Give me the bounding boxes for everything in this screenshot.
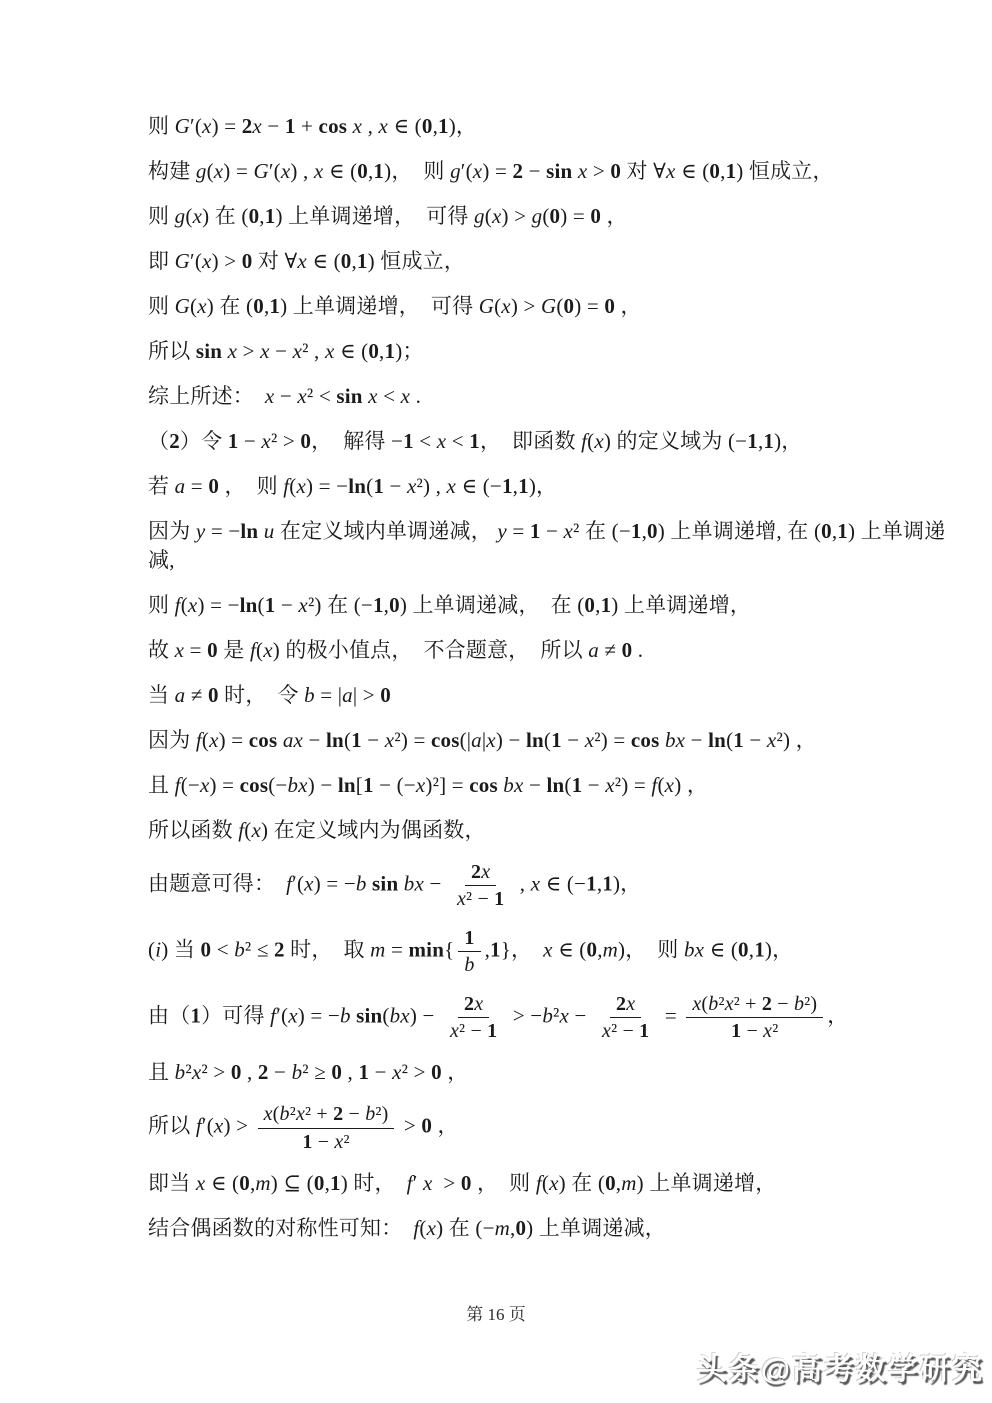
- solution-line-14: 因为 f(x) = cos ax − ln(1 − x²) = cos(|a|x…: [148, 726, 952, 755]
- solution-line-9: 若 a = 0 ， 则 f(x) = −ln(1 − x²) , x ∈ (−1…: [148, 472, 952, 501]
- solution-line-19: 由（1）可得 f′(x) = −b sin(bx) − 2xx² − 1 > −…: [148, 993, 952, 1043]
- solution-line-4: 即 G′(x) > 0 对 ∀x ∈ (0,1) 恒成立，: [148, 247, 952, 276]
- solution-line-16: 所以函数 f(x) 在定义域内为偶函数，: [148, 816, 952, 845]
- fraction: 1b: [458, 927, 480, 977]
- page-number: 第 16 页: [0, 1300, 992, 1325]
- document-page: 则 G′(x) = 2x − 1 + cos x , x ∈ (0,1)，构建 …: [0, 0, 992, 1403]
- solution-line-1: 则 G′(x) = 2x − 1 + cos x , x ∈ (0,1)，: [148, 112, 952, 141]
- solution-line-17: 由题意可得： f′(x) = −b sin bx − 2xx² − 1 , x …: [148, 861, 952, 911]
- fraction: 2xx² − 1: [444, 993, 503, 1043]
- solution-line-23: 结合偶函数的对称性可知： f(x) 在 (−m,0) 上单调递减，: [148, 1214, 952, 1243]
- solution-line-3: 则 g(x) 在 (0,1) 上单调递增， 可得 g(x) > g(0) = 0…: [148, 202, 952, 231]
- fraction: 2xx² − 1: [596, 993, 655, 1043]
- solution-line-13: 当 a ≠ 0 时， 令 b = |a| > 0: [148, 681, 952, 710]
- solution-line-12: 故 x = 0 是 f(x) 的极小值点， 不合题意， 所以 a ≠ 0 .: [148, 636, 952, 665]
- fraction: x(b²x² + 2 − b²)1 − x²: [258, 1103, 395, 1153]
- solution-line-21: 所以 f′(x) > x(b²x² + 2 − b²)1 − x² > 0 ，: [148, 1103, 952, 1153]
- solution-lines: 则 G′(x) = 2x − 1 + cos x , x ∈ (0,1)，构建 …: [148, 112, 952, 1259]
- solution-line-8: （2）令 1 − x² > 0， 解得 −1 < x < 1， 即函数 f(x)…: [148, 427, 952, 456]
- solution-line-5: 则 G(x) 在 (0,1) 上单调递增， 可得 G(x) > G(0) = 0…: [148, 292, 952, 321]
- solution-line-10: 因为 y = −ln u 在定义域内单调递减， y = 1 − x² 在 (−1…: [148, 517, 952, 575]
- watermark: 头条@高考数学研究: [697, 1344, 984, 1388]
- solution-line-6: 所以 sin x > x − x² , x ∈ (0,1)；: [148, 337, 952, 366]
- solution-line-15: 且 f(−x) = cos(−bx) − ln[1 − (−x)²] = cos…: [148, 771, 952, 800]
- solution-line-2: 构建 g(x) = G′(x) , x ∈ (0,1)， 则 g′(x) = 2…: [148, 157, 952, 186]
- solution-line-7: 综上所述： x − x² < sin x < x .: [148, 382, 952, 411]
- solution-line-22: 即当 x ∈ (0,m) ⊆ (0,1) 时， f′ x > 0 ， 则 f(x…: [148, 1169, 952, 1198]
- fraction: x(b²x² + 2 − b²)1 − x²: [686, 993, 823, 1043]
- solution-line-18: (i) 当 0 < b² ≤ 2 时， 取 m = min{1b,1}， x ∈…: [148, 927, 952, 977]
- solution-line-11: 则 f(x) = −ln(1 − x²) 在 (−1,0) 上单调递减， 在 (…: [148, 591, 952, 620]
- fraction: 2xx² − 1: [451, 861, 510, 911]
- solution-line-20: 且 b²x² > 0 , 2 − b² ≥ 0 , 1 − x² > 0 ，: [148, 1058, 952, 1087]
